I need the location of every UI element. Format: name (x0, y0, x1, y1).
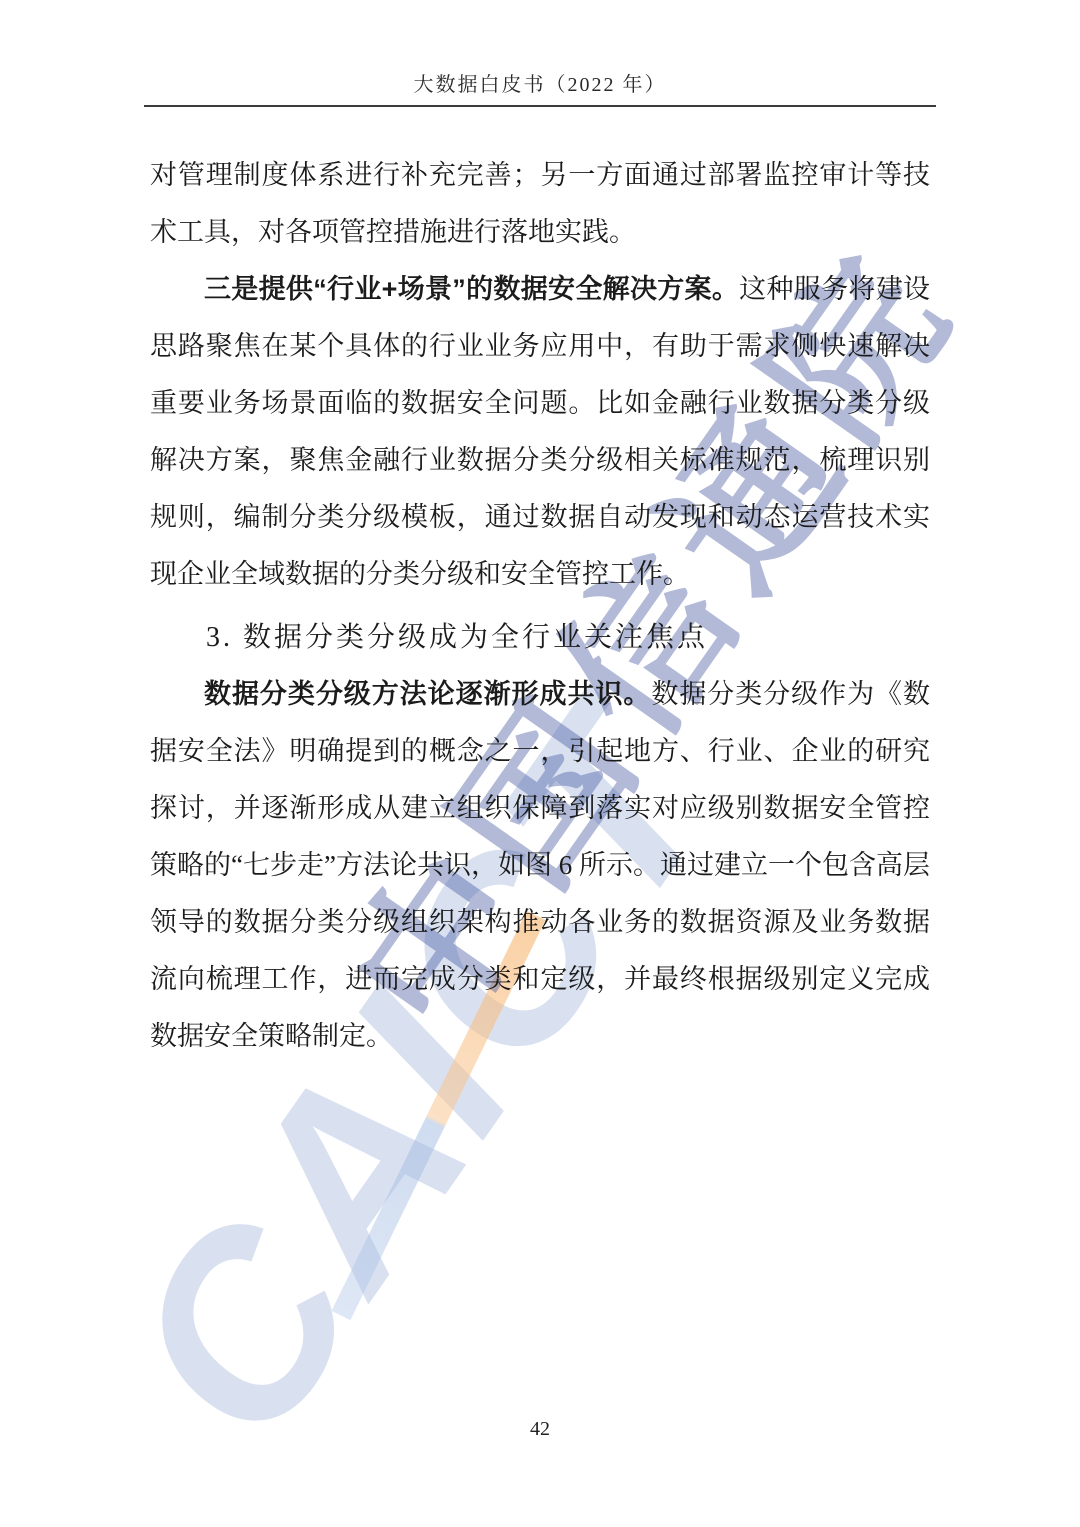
paragraph-2-bold-lead: 三是提供“行业+场景”的数据安全解决方案。 (204, 274, 739, 304)
section-heading-3: 3. 数据分类分级成为全行业关注焦点 (150, 609, 930, 666)
header-rule (144, 105, 936, 107)
page-body: 对管理制度体系进行补充完善；另一方面通过部署监控审计等技术工具，对各项管控措施进… (150, 147, 930, 1065)
page-number: 42 (0, 1418, 1080, 1441)
paragraph-1: 对管理制度体系进行补充完善；另一方面通过部署监控审计等技术工具，对各项管控措施进… (150, 147, 930, 261)
paragraph-1-text: 对管理制度体系进行补充完善；另一方面通过部署监控审计等技术工具，对各项管控措施进… (150, 160, 930, 247)
paragraph-3-text: 数据分类分级作为《数据安全法》明确提到的概念之一，引起地方、行业、企业的研究探讨… (150, 679, 930, 1051)
document-page: CAICT 中国信通院 大数据白皮书（2022 年） 对管理制度体系进行补充完善… (0, 0, 1080, 1527)
paragraph-2: 三是提供“行业+场景”的数据安全解决方案。这种服务将建设思路聚焦在某个具体的行业… (150, 261, 930, 603)
running-title: 大数据白皮书（2022 年） (0, 0, 1080, 97)
paragraph-3: 数据分类分级方法论逐渐形成共识。数据分类分级作为《数据安全法》明确提到的概念之一… (150, 666, 930, 1065)
paragraph-2-text: 这种服务将建设思路聚焦在某个具体的行业业务应用中，有助于需求侧快速解决重要业务场… (150, 274, 930, 589)
paragraph-3-bold-lead: 数据分类分级方法论逐渐形成共识。 (204, 679, 651, 709)
page-header: 大数据白皮书（2022 年） (0, 0, 1080, 107)
